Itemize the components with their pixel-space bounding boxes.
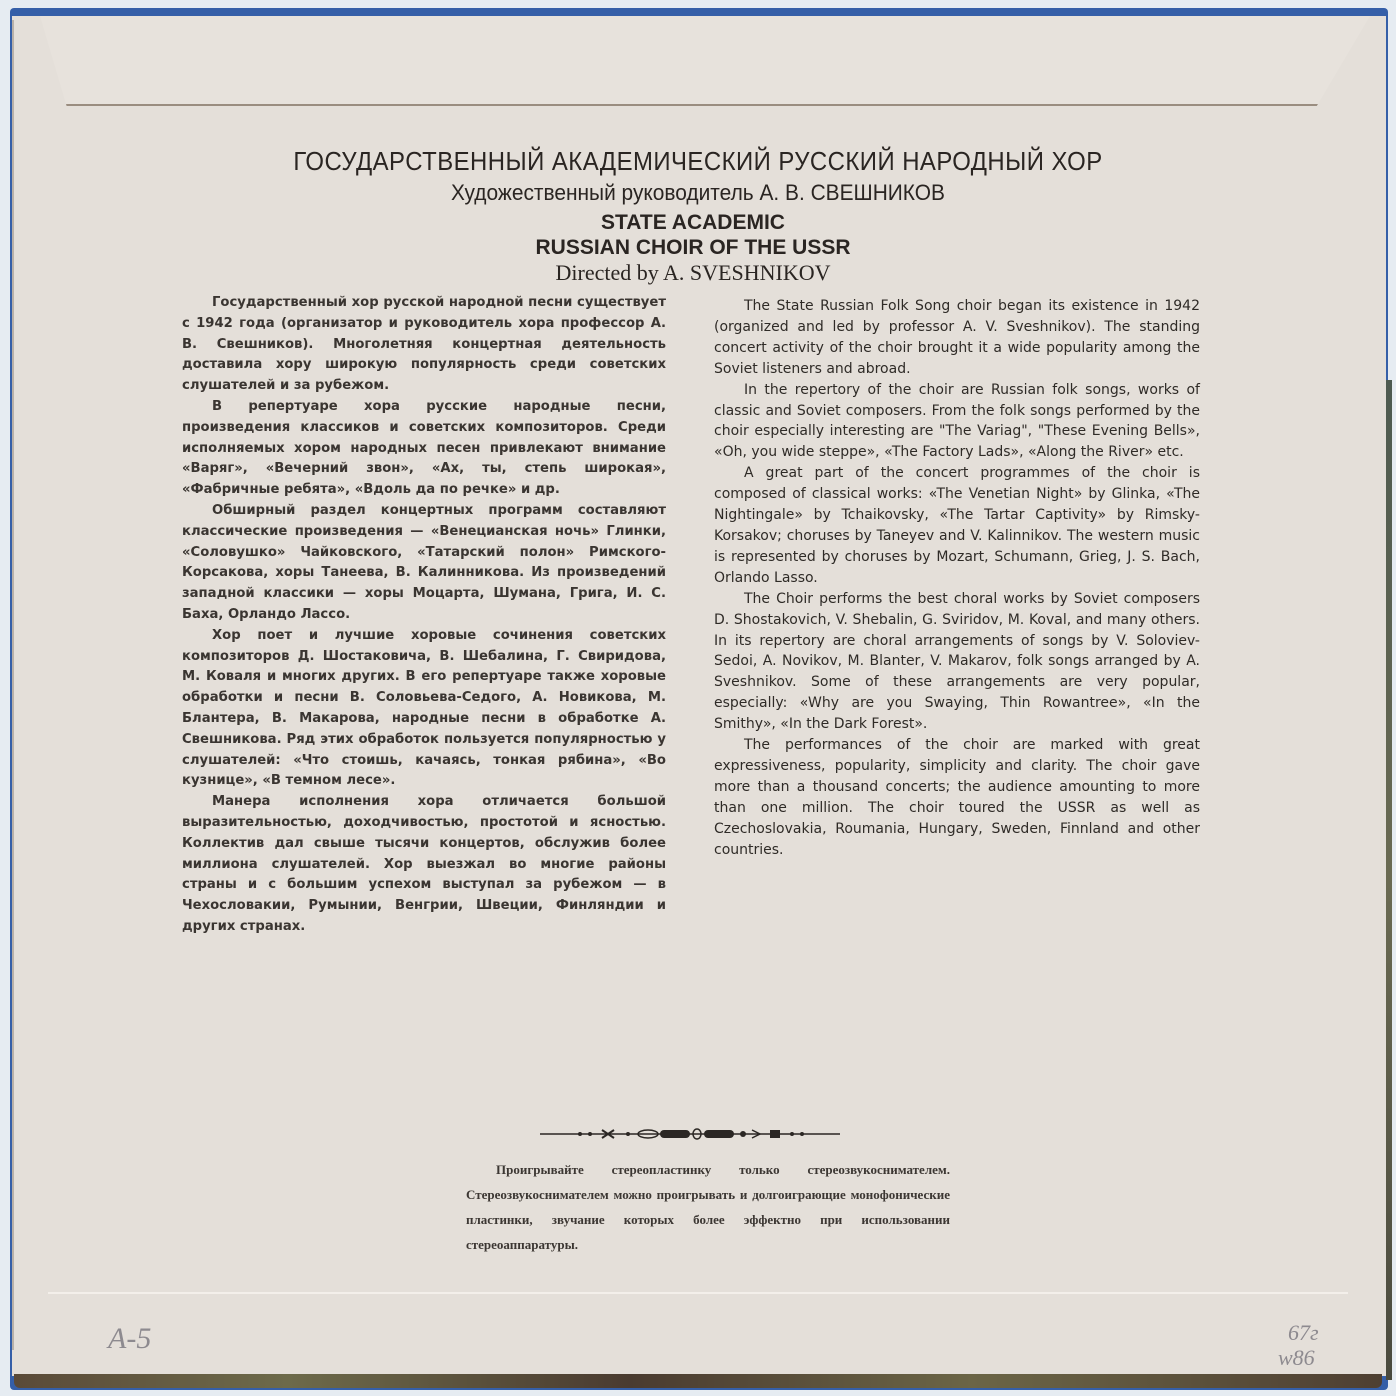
english-paragraph: In the repertory of the choir are Russia… <box>714 380 1200 464</box>
russian-paragraph: В репертуаре хора русские народные песни… <box>182 397 666 501</box>
english-paragraph: A great part of the concert programmes o… <box>714 463 1200 588</box>
english-column: The State Russian Folk Song choir began … <box>714 296 1200 860</box>
russian-paragraph: Манера исполнения хора отличается большо… <box>182 792 666 938</box>
russian-paragraph: Государственный хор русской народной пес… <box>182 293 666 397</box>
stereo-playback-note: Проигрывайте стереопластинку только стер… <box>466 1157 950 1257</box>
russian-paragraph: Обширный раздел концертных программ сост… <box>182 501 666 626</box>
director-english: Directed by A. SVESHNIKOV <box>0 260 1386 286</box>
english-paragraph: The performances of the choir are marked… <box>714 735 1200 860</box>
title-russian: ГОСУДАРСТВЕННЫЙ АКАДЕМИЧЕСКИЙ РУССКИЙ НА… <box>56 146 1340 177</box>
title-english-line2: RUSSIAN CHOIR OF THE USSR <box>0 236 1386 260</box>
english-paragraph: The Choir performs the best choral works… <box>714 589 1200 735</box>
russian-paragraph: Хор поет и лучшие хоровые сочинения сове… <box>182 626 666 792</box>
handwritten-mark-left: А-5 <box>108 1322 151 1356</box>
back-cover-content: ГОСУДАРСТВЕННЫЙ АКАДЕМИЧЕСКИЙ РУССКИЙ НА… <box>0 0 1396 1396</box>
title-english-line1: STATE ACADEMIC <box>0 211 1386 235</box>
english-paragraph: The State Russian Folk Song choir began … <box>714 296 1200 380</box>
russian-column: Государственный хор русской народной пес… <box>182 293 666 938</box>
handwritten-mark-right-line1: 67г <box>1288 1320 1319 1346</box>
ornament-divider-icon <box>540 1127 840 1141</box>
director-russian: Художественный руководитель А. В. СВЕШНИ… <box>35 180 1361 206</box>
stereo-note-text: Проигрывайте стереопластинку только стер… <box>466 1157 950 1257</box>
handwritten-mark-right-line2: w86 <box>1278 1345 1315 1371</box>
